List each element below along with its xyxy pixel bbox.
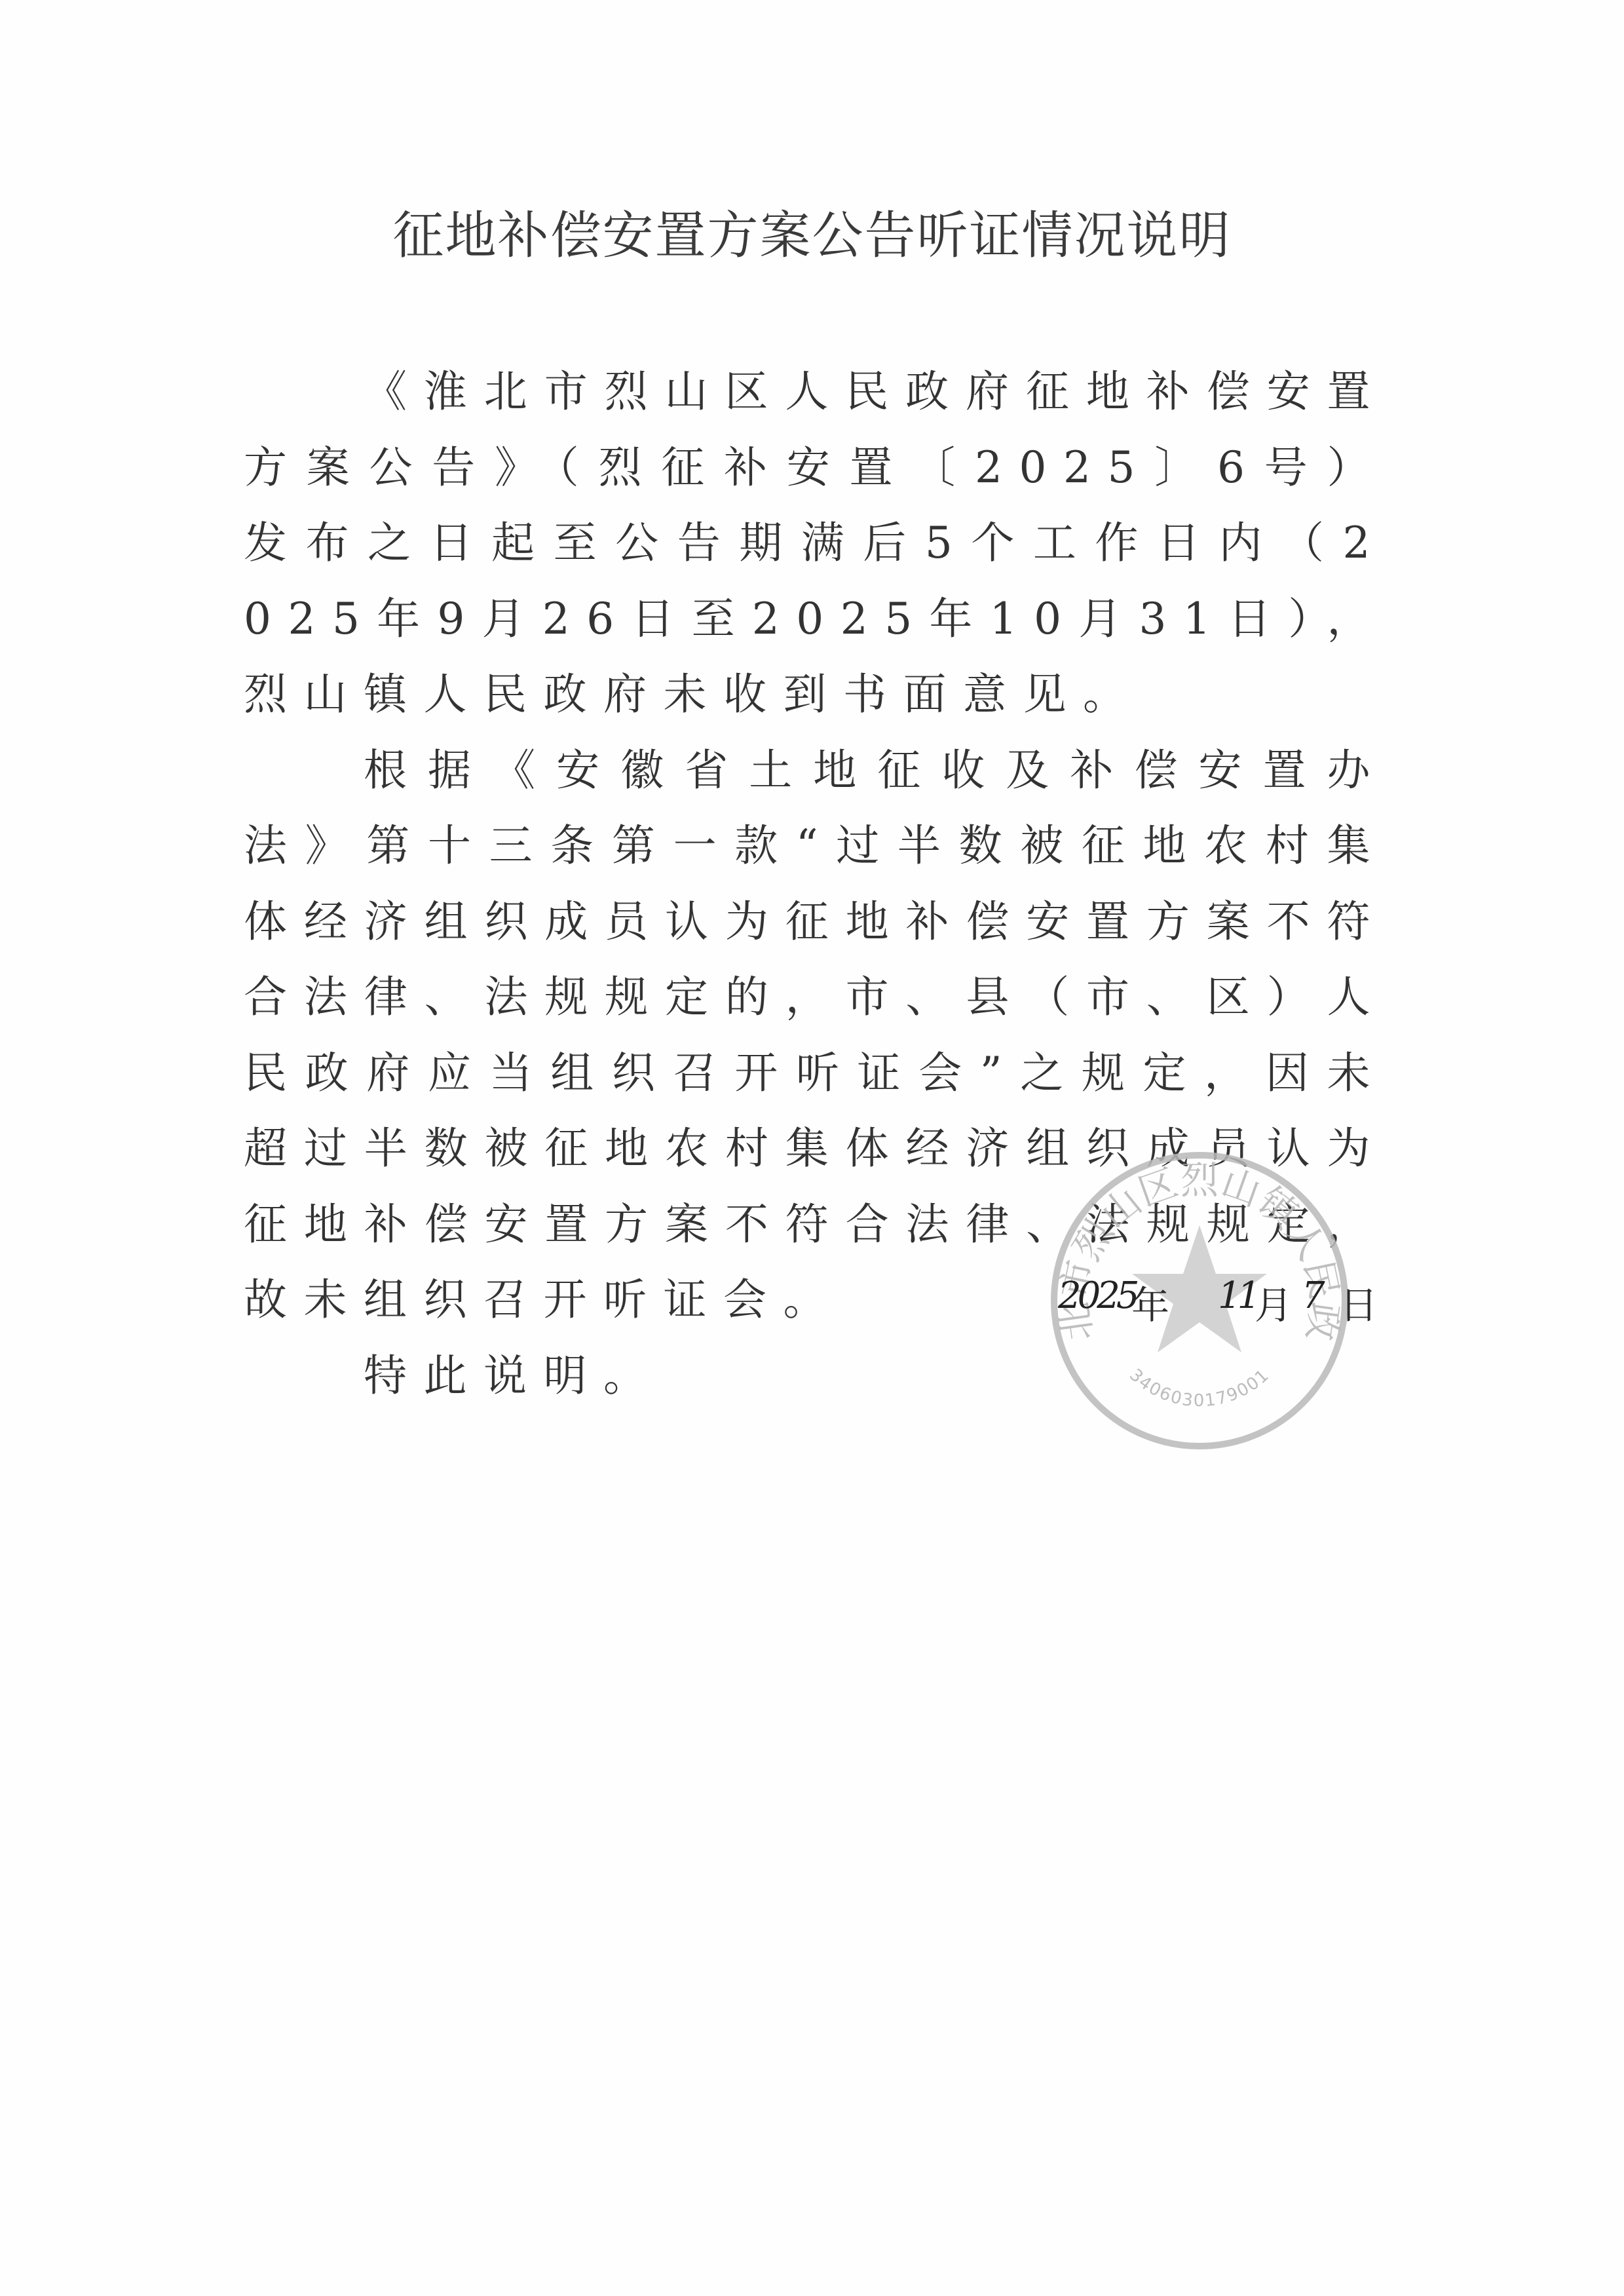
date-year-handwritten: 2025 xyxy=(1058,1274,1136,1317)
date-month-handwritten: 11 xyxy=(1218,1274,1256,1317)
seal-code-text: 3406030179001 xyxy=(1125,1365,1274,1411)
date-year-label: 年 xyxy=(1131,1274,1169,1330)
document-page: 征地补偿安置方案公告听证情况说明 《淮北市烈山区人民政府征地补偿安置方案公告》（… xyxy=(0,0,1624,2296)
svg-text:3406030179001: 3406030179001 xyxy=(1125,1365,1274,1411)
date-month-label: 月 xyxy=(1255,1274,1293,1330)
date-day-handwritten: 7 xyxy=(1302,1274,1321,1317)
document-title: 征地补偿安置方案公告听证情况说明 xyxy=(0,203,1624,269)
signature-date: 2025 年 11 月 7 日 xyxy=(1058,1268,1399,1333)
date-day-label: 日 xyxy=(1340,1274,1378,1330)
paragraph-1: 《淮北市烈山区人民政府征地补偿安置方案公告》（烈征补安置〔2025〕6号）发布之… xyxy=(244,354,1387,733)
